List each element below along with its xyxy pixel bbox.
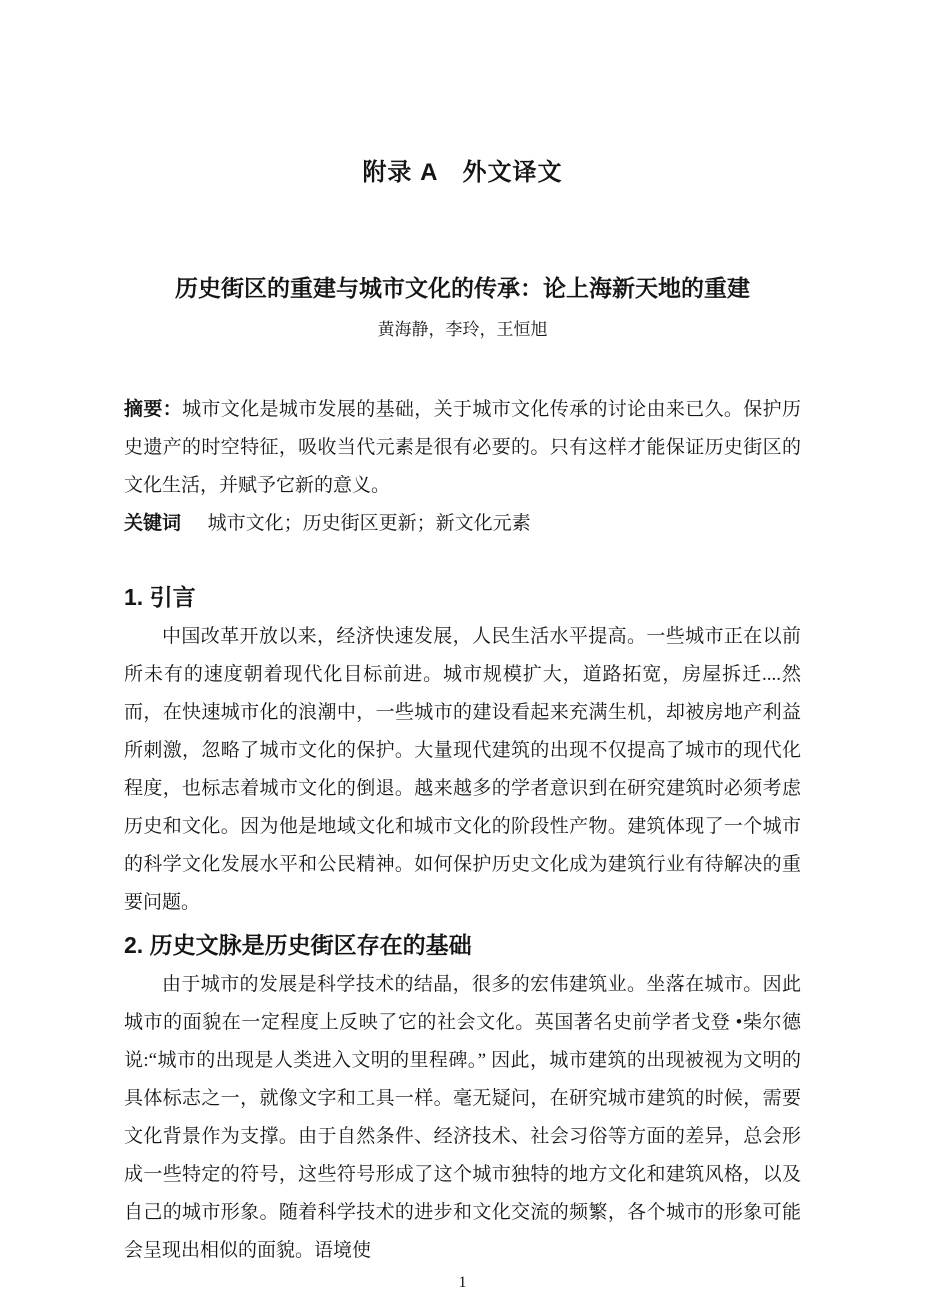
authors-line: 黄海静，李玲，王恒旭 [124,318,801,342]
section-1-heading: 1. 引言 [124,582,801,612]
abstract-text: 城市文化是城市发展的基础，关于城市文化传承的讨论由来已久。保护历史遗产的时空特征… [124,399,801,496]
page-number: 1 [124,1272,801,1294]
section-2-paragraph: 由于城市的发展是科学技术的结晶，很多的宏伟建筑业。坐落在城市。因此城市的面貌在一… [124,966,801,1270]
keywords-text: 城市文化；历史街区更新；新文化元素 [208,513,531,534]
abstract-label: 摘要： [124,399,182,420]
section-2-heading: 2. 历史文脉是历史街区存在的基础 [124,930,801,960]
keywords-line: 关键词城市文化；历史街区更新；新文化元素 [124,505,801,543]
abstract-paragraph: 摘要：城市文化是城市发展的基础，关于城市文化传承的讨论由来已久。保护历史遗产的时… [124,391,801,505]
appendix-title: 附录 A 外文译文 [124,158,801,188]
keywords-label: 关键词 [124,513,181,534]
document-page: 附录 A 外文译文 历史街区的重建与城市文化的传承：论上海新天地的重建 黄海静，… [0,0,925,1309]
article-title: 历史街区的重建与城市文化的传承：论上海新天地的重建 [124,273,801,303]
section-1-paragraph: 中国改革开放以来，经济快速发展，人民生活水平提高。一些城市正在以前所未有的速度朝… [124,618,801,922]
